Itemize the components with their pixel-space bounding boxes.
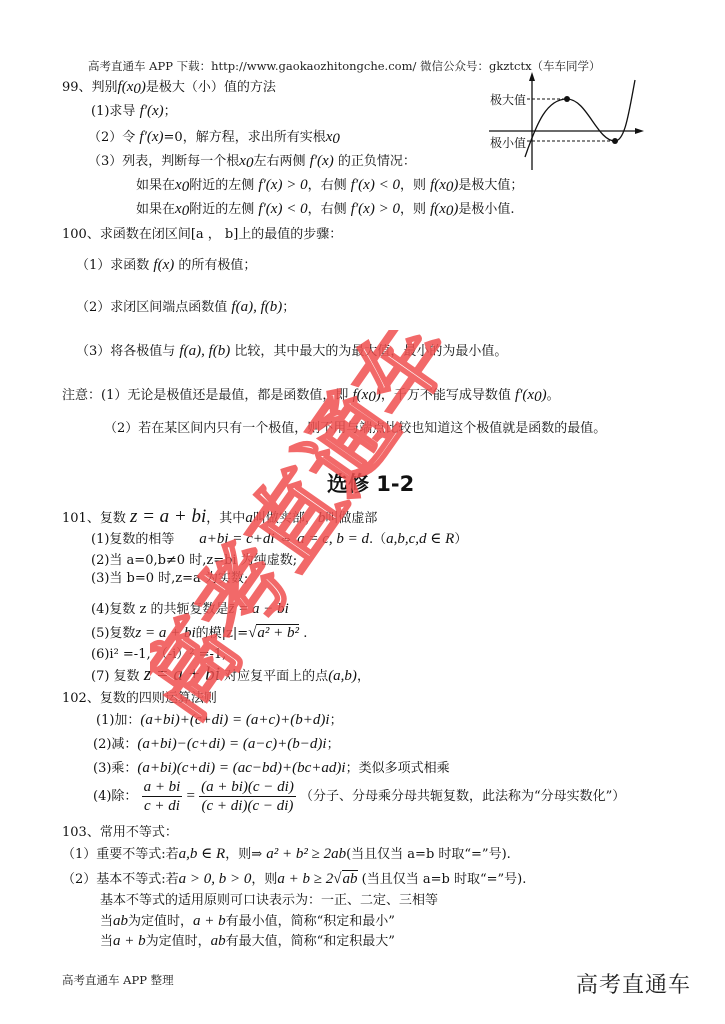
cubic-curve-figure xyxy=(487,72,647,172)
footer-logo-text: 高考直通车 xyxy=(576,968,691,999)
s101-title: 101、复数 z = a + bi，其中a叫做实部，b叫做虚部 xyxy=(62,508,377,528)
s103-line4: 当ab为定值时，a + b有最小值，简称“积定和最小” xyxy=(100,912,395,931)
s100-title: 100、求函数在闭区间[a ， b]上的最值的步骤： xyxy=(62,226,342,244)
s100-step1: （1）求函数 f(x) 的所有极值； xyxy=(76,256,256,275)
s99-step2: （2）令 f′(x)=0，解方程，求出所有实根x0 xyxy=(88,128,340,148)
s102-add: (1)加：(a+bi)+(c+di) = (a+c)+(b+d)i； xyxy=(96,711,343,730)
s102-div: (4)除： a + bic + di = (a + bi)(c − di)(c … xyxy=(93,778,625,815)
s101-item4: (4)复数 z 的共轭复数是z̄ = a − bi xyxy=(91,600,289,619)
s99-case-max: 如果在x0附近的左侧 f′(x) > 0，右侧 f′(x) < 0，则 f(x0… xyxy=(136,176,523,196)
s99-step1: (1)求导 f′(x)； xyxy=(91,102,177,121)
s100-note2: （2）若在某区间内只有一个极值，则不用与端点比较也知道这个极值就是函数的最值。 xyxy=(104,420,606,438)
s100-note1: 注意：(1）无论是极值还是最值，都是函数值，即 f(x0)，千万不能写成导数值 … xyxy=(62,386,560,406)
section-title: 选修 1-2 xyxy=(327,468,414,498)
max-value-label: 极大值 xyxy=(490,91,526,109)
s103-title: 103、常用不等式： xyxy=(62,824,178,842)
s101-item3: (3)当 b=0 时,z=a 为实数; xyxy=(91,570,248,588)
s101-item7: (7) 复数 z = a + bi 对应复平面上的点(a,b)， xyxy=(91,666,370,686)
s101-item5: (5)复数z = a + bi的模|z|=√a² + b² . xyxy=(91,624,307,643)
s102-mul: (3)乘：(a+bi)(c+di) = (ac−bd)+(bc+ad)i；类似多… xyxy=(93,759,450,778)
footer-credit: 高考直通车 APP 整理 xyxy=(62,972,174,988)
s103-item2: （2）基本不等式:若a > 0, b > 0，则a + b ≥ 2√ab (当且… xyxy=(62,870,526,889)
s99-step3: （3）列表，判断每一个根x0左右两侧 f′(x) 的正负情况： xyxy=(88,152,416,172)
s103-line3: 基本不等式的适用原则可口诀表示为：一正、二定、三相等 xyxy=(100,892,438,910)
s100-step3: （3）将各极值与 f(a), f(b) 比较，其中最大的为最大值，最小的为最小值… xyxy=(76,342,507,361)
s103-line5: 当a + b为定值时，ab有最大值，简称“和定积最大” xyxy=(100,932,395,951)
s100-step2: （2）求闭区间端点函数值 f(a), f(b)； xyxy=(76,298,295,317)
s102-sub: (2)减：(a+bi)−(c+di) = (a−c)+(b−d)i； xyxy=(93,735,340,754)
extremum-graph: 极大值 极小值 xyxy=(487,72,647,176)
s103-item1: （1）重要不等式:若a,b ∈ R，则⇒ a² + b² ≥ 2ab(当且仅当 … xyxy=(62,845,511,864)
s101-item6: (6)i² =-1, （-i）² =-1, xyxy=(91,646,226,664)
s101-item1: (1)复数的相等 a+bi = c+di ⇔ a = c, b = d.（a,b… xyxy=(91,530,467,549)
s99-title: 99、判别f(x0)是极大（小）值的方法 xyxy=(62,78,276,98)
s101-item2: (2)当 a=0,b≠0 时,z=bi 为纯虚数; xyxy=(91,552,297,570)
min-value-label: 极小值 xyxy=(490,134,526,152)
s99-case-min: 如果在x0附近的左侧 f′(x) < 0，右侧 f′(x) > 0，则 f(x0… xyxy=(136,200,515,220)
s102-title: 102、复数的四则运算法则 xyxy=(62,690,217,708)
